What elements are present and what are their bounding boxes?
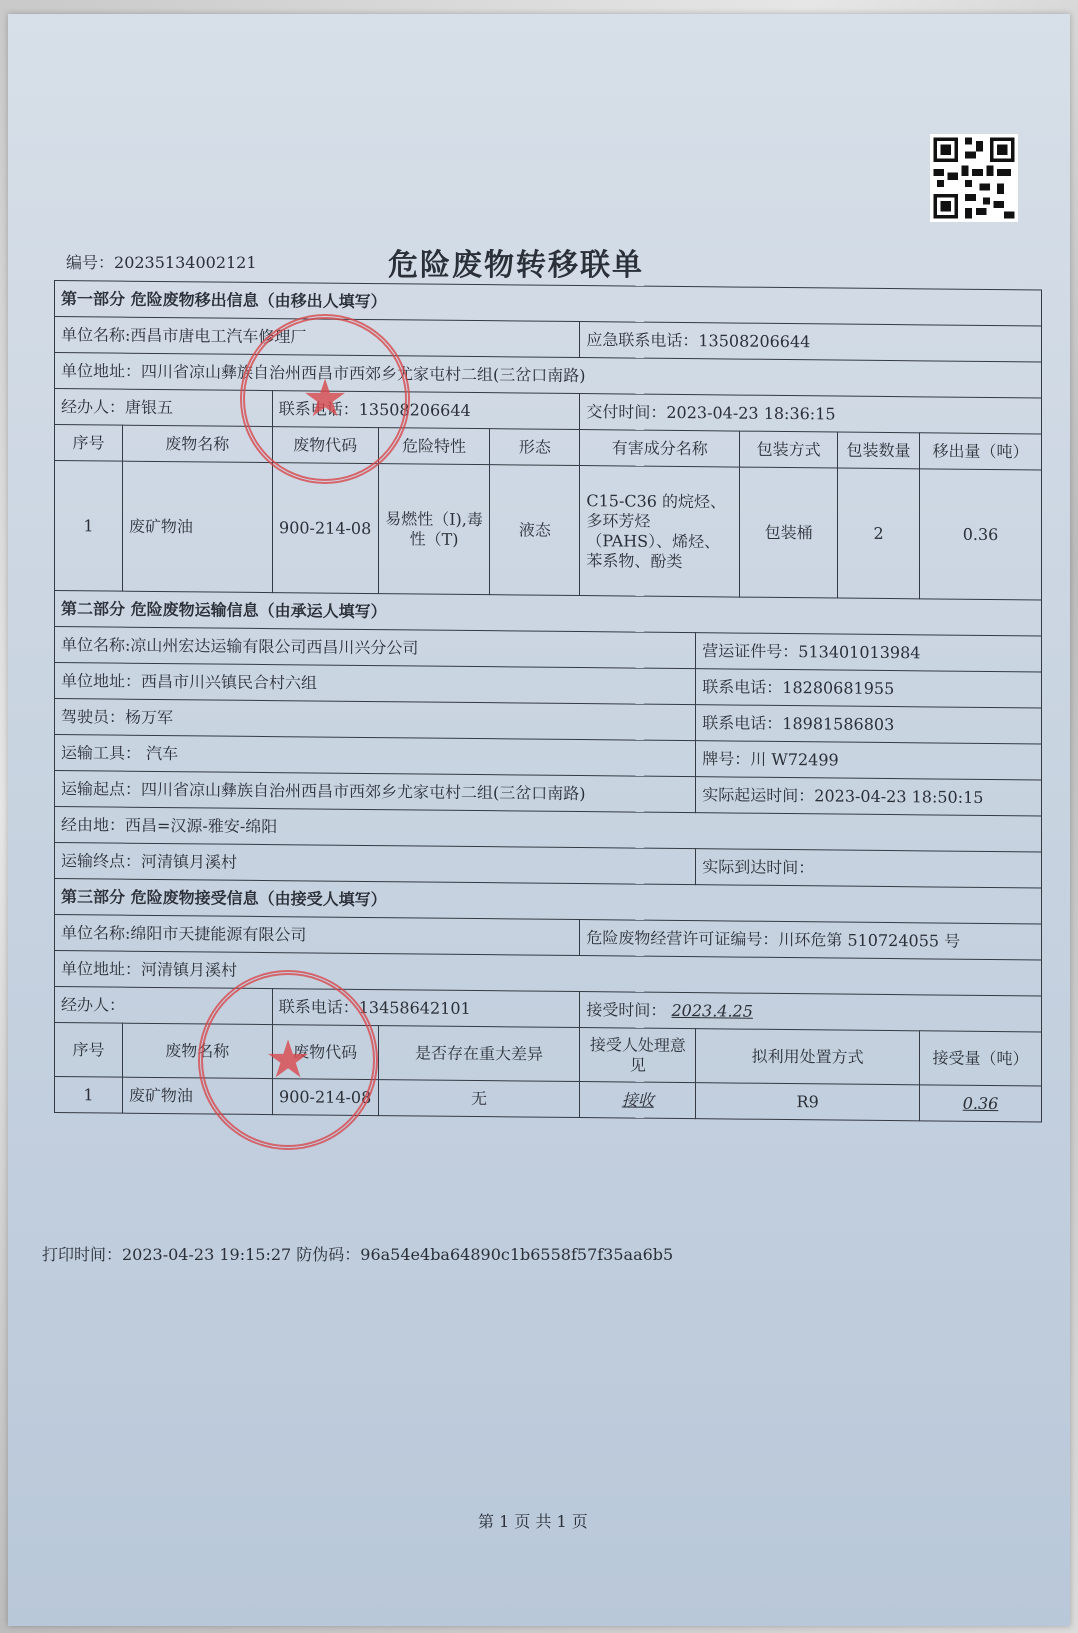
- col-header: 序号: [55, 425, 123, 462]
- cell-discrepancy: 无: [378, 1080, 580, 1118]
- part1-handover-time: 交付时间：2023-04-23 18:36:15: [580, 394, 1042, 434]
- col-header: 是否存在重大差异: [378, 1026, 580, 1082]
- cell-waste-code: 900-214-08: [272, 463, 378, 594]
- cell-disposal: R9: [696, 1083, 920, 1121]
- part2-plate: 牌号：川 W72499: [696, 741, 1042, 780]
- page-number: 第 1 页 共 1 页: [478, 1509, 588, 1532]
- part2-vehicle: 运输工具： 汽车: [55, 735, 696, 777]
- cell-waste-name: 废矿物油: [122, 1077, 272, 1114]
- part2-origin: 运输起点：四川省凉山彝族自治州西昌市西郊乡尤家屯村二组(三岔口南路): [55, 771, 696, 813]
- part3-contact-phone: 联系电话：13458642101: [272, 989, 580, 1028]
- part3-handler: 经办人：: [55, 987, 273, 1025]
- document-title: 危险废物转移联单: [388, 240, 644, 284]
- serial-value: 20235134002121: [114, 253, 257, 272]
- document-paper: 编号：20235134002121 危险废物转移联单 第一部分 危险废物移出信息…: [8, 14, 1070, 1626]
- cell-waste-name: 废矿物油: [122, 461, 272, 592]
- part3-unit-name: 单位名称:绵阳市天捷能源有限公司: [55, 915, 580, 956]
- part3-table-header: 序号 废物名称 废物代码 是否存在重大差异 接受人处理意见 拟利用处置方式 接受…: [55, 1023, 1042, 1086]
- col-header: 废物名称: [122, 425, 272, 462]
- col-header: 拟利用处置方式: [696, 1029, 920, 1085]
- part2-contact-phone: 联系电话：18280681955: [696, 669, 1042, 708]
- col-header: 废物名称: [122, 1023, 272, 1078]
- part1-emergency-phone: 应急联系电话：13508206644: [580, 322, 1042, 362]
- part2-driver-phone: 联系电话：18981586803: [696, 705, 1042, 744]
- col-header: 危险特性: [378, 428, 490, 465]
- table-row: 1 废矿物油 900-214-08 易燃性（I),毒性（T) 液态 C15-C3…: [55, 461, 1042, 600]
- col-header: 废物代码: [272, 427, 378, 464]
- serial-label: 编号：: [66, 253, 114, 272]
- qr-code-icon: [930, 134, 1018, 222]
- col-header: 移出量（吨）: [920, 433, 1042, 470]
- cell-received-quantity: 0.36: [920, 1085, 1042, 1122]
- col-header: 有害成分名称: [580, 430, 740, 468]
- col-header: 废物代码: [272, 1025, 378, 1080]
- part2-destination: 运输终点：河清镇月溪村: [55, 843, 696, 885]
- cell-packaging: 包装桶: [740, 467, 838, 598]
- cell-package-count: 2: [838, 468, 920, 599]
- cell-no: 1: [55, 1077, 123, 1114]
- serial-number: 编号：20235134002121: [66, 250, 257, 273]
- col-header: 序号: [55, 1023, 123, 1078]
- cell-waste-code: 900-214-08: [272, 1079, 378, 1116]
- part2-unit-address: 单位地址：西昌市川兴镇民合村六组: [55, 663, 696, 705]
- part1-handler: 经办人：唐银五: [55, 389, 273, 427]
- cell-quantity: 0.36: [920, 469, 1042, 600]
- cell-hazard: 易燃性（I),毒性（T): [378, 464, 490, 595]
- cell-form: 液态: [490, 465, 580, 596]
- receive-time-label: 接受时间：: [586, 1000, 666, 1020]
- col-header: 包装方式: [740, 431, 838, 468]
- part2-unit-name: 单位名称:凉山州宏达运输有限公司西昌川兴分公司: [55, 627, 696, 669]
- part2-departure-time: 实际起运时间：2023-04-23 18:50:15: [696, 777, 1042, 816]
- transfer-form-table: 第一部分 危险废物移出信息（由移出人填写） 单位名称:西昌市唐电工汽车修理厂 应…: [54, 280, 1042, 1122]
- part3-permit: 危险废物经营许可证编号：川环危第 510724055 号: [580, 920, 1042, 960]
- part1-contact-phone: 联系电话：13508206644: [272, 391, 580, 430]
- part2-driver: 驾驶员：杨万军: [55, 699, 696, 741]
- cell-components: C15-C36 的烷烃、多环芳烃（PAHS）、烯烃、苯系物、酚类: [580, 466, 740, 598]
- print-info: 打印时间：2023-04-23 19:15:27 防伪码：96a54e4ba64…: [42, 1242, 673, 1265]
- part1-unit-name: 单位名称:西昌市唐电工汽车修理厂: [55, 317, 580, 358]
- col-header: 接受人处理意见: [580, 1028, 696, 1083]
- receive-time-handwritten: 2023.4.25: [671, 1000, 752, 1020]
- cell-no: 1: [55, 461, 123, 592]
- part2-license: 营运证件号：513401013984: [696, 633, 1042, 672]
- part2-arrival-time: 实际到达时间：: [696, 849, 1042, 888]
- col-header: 包装数量: [838, 432, 920, 469]
- cell-opinion: 接收: [580, 1082, 696, 1119]
- part3-receive-time: 接受时间： 2023.4.25: [580, 992, 1042, 1032]
- col-header: 接受量（吨）: [920, 1031, 1042, 1086]
- col-header: 形态: [490, 429, 580, 466]
